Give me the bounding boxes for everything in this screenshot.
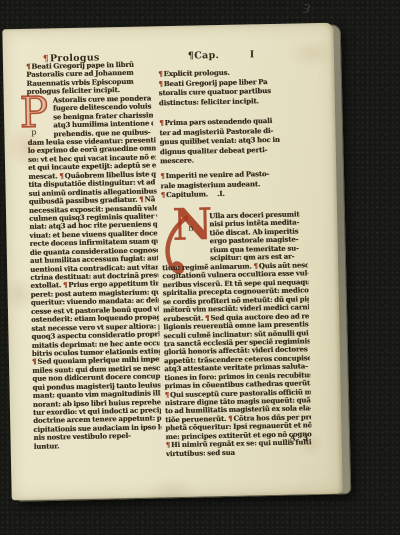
book-page: ¶Prologus ¶Cap. I ¶Beati Gregorij pape i… (2, 23, 342, 501)
right-explicit-block: ¶Explicit prologus.¶Beati Gregorij pape … (158, 66, 303, 107)
initial-guide-letter: n (188, 224, 193, 233)
quire-signature: A 3 (289, 432, 310, 442)
text-line: luntur. (34, 440, 162, 451)
left-paragraph-indented: Astoralis cure me ponderafugere delitesc… (53, 94, 154, 138)
right-paragraph-body: tium regimẽ animarum. ¶Quis aũt nesciatc… (162, 261, 312, 458)
right-chapter-heading: ¶Imperiti ne venire ad Pasto-rale magist… (160, 168, 305, 200)
quire-signature-text: A 3 (289, 432, 310, 442)
text-line: ¶Capitulum. .I. (161, 188, 305, 200)
decorated-initial-N: N n (162, 199, 209, 272)
running-header-right: ¶Cap. (188, 50, 219, 63)
right-paragraph-indented: Ulla ars doceri presumitnisi prius intẽt… (209, 210, 306, 263)
text-line: distinctus: feliciter incipit. (159, 95, 303, 107)
text-line: mescere. (160, 154, 304, 166)
folio-number-text: I (250, 49, 255, 60)
running-header-right-text: ¶Cap. (188, 50, 219, 62)
left-paragraph-body: dam leuia esse videantur: presentis libr… (28, 136, 162, 451)
text-line: virtutibus: sed sua (166, 447, 312, 458)
decorated-initial-P: P p (16, 88, 53, 139)
right-summary-block: ¶Prima pars ostendendo qualiter ad magis… (159, 115, 304, 166)
folio-number: I (250, 49, 255, 61)
